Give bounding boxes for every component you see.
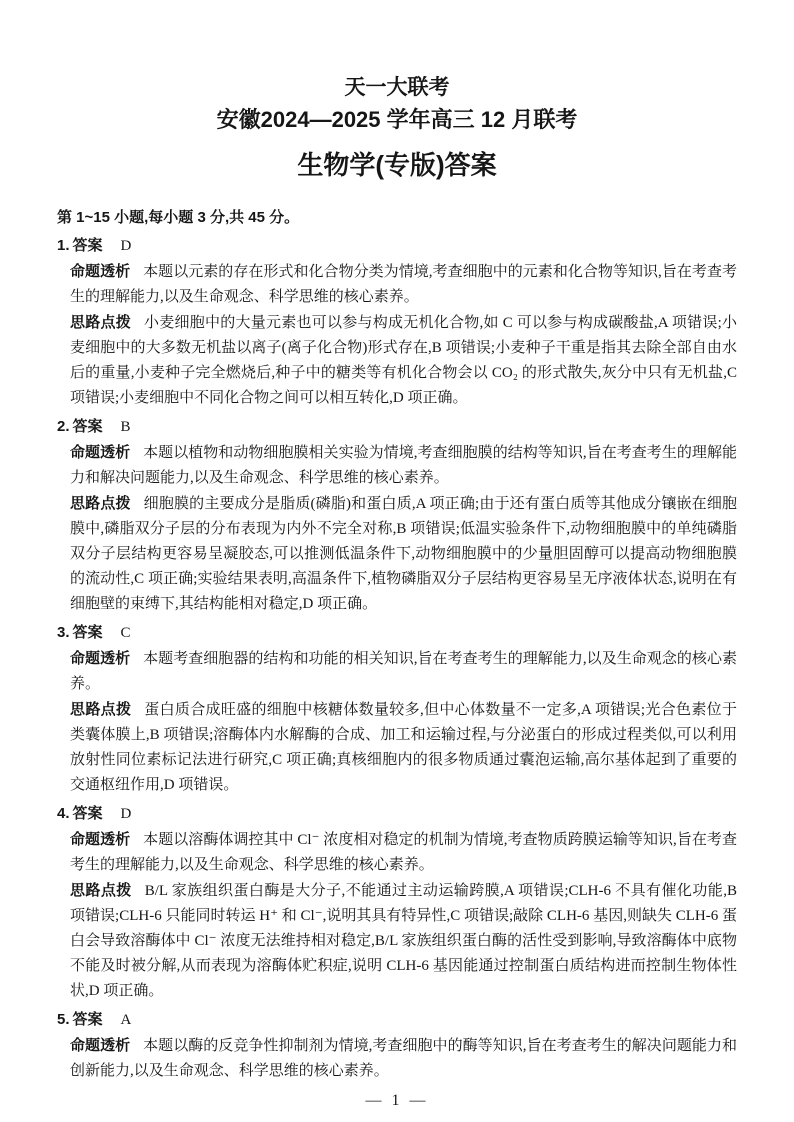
answer-label: 答案 (73, 418, 103, 435)
question-block: 1.答案D 命题透析本题以元素的存在形式和化合物分类为情境,考查细胞中的元素和化… (57, 233, 737, 411)
answer-label: 答案 (73, 624, 103, 641)
answer-label: 答案 (73, 1011, 103, 1028)
tips-text: B/L 家族组织蛋白酶是大分子,不能通过主动运输跨膜,A 项错误;CLH-6 不… (70, 883, 737, 999)
analysis-paragraph: 命题透析本题以植物和动物细胞膜相关实验为情境,考查细胞膜的结构等知识,旨在考查考… (70, 440, 737, 491)
analysis-paragraph: 命题透析本题以酶的反竞争性抑制剂为情境,考查细胞中的酶等知识,旨在考查考生的解决… (70, 1033, 737, 1084)
analysis-text: 本题考查细胞器的结构和功能的相关知识,旨在考查考生的理解能力,以及生命观念的核心… (70, 651, 737, 692)
tips-label: 思路点拨 (70, 701, 131, 718)
tips-text: 细胞膜的主要成分是脂质(磷脂)和蛋白质,A 项正确;由于还有蛋白质等其他成分镶嵌… (70, 496, 737, 612)
question-number: 3. (57, 624, 70, 641)
analysis-paragraph: 命题透析本题以溶酶体调控其中 Cl⁻ 浓度相对稳定的机制为情境,考查物质跨膜运输… (70, 827, 737, 878)
page-title: 天一大联考 (57, 77, 737, 98)
question-block: 4.答案D 命题透析本题以溶酶体调控其中 Cl⁻ 浓度相对稳定的机制为情境,考查… (57, 801, 737, 1004)
answer-line: 4.答案D (57, 801, 737, 827)
tips-label: 思路点拨 (70, 882, 132, 899)
tips-paragraph: 思路点拨B/L 家族组织蛋白酶是大分子,不能通过主动运输跨膜,A 项错误;CLH… (70, 878, 737, 1004)
question-number: 5. (57, 1011, 70, 1028)
question-block: 2.答案B 命题透析本题以植物和动物细胞膜相关实验为情境,考查细胞膜的结构等知识… (57, 414, 737, 617)
answer-label: 答案 (73, 805, 103, 822)
answer-label: 答案 (73, 237, 103, 254)
question-list: 1.答案D 命题透析本题以元素的存在形式和化合物分类为情境,考查细胞中的元素和化… (57, 233, 737, 1084)
intro-text: 第 1~15 小题,每小题 3 分,共 45 分。 (57, 205, 737, 230)
answer-value: D (121, 806, 132, 822)
analysis-label: 命题透析 (70, 444, 130, 461)
analysis-text: 本题以元素的存在形式和化合物分类为情境,考查细胞中的元素和化合物等知识,旨在考查… (70, 264, 737, 305)
answer-value: B (121, 419, 131, 435)
answer-line: 1.答案D (57, 233, 737, 259)
tips-text: 小麦细胞中的大量元素也可以参与构成无机化合物,如 C 可以参与构成碳酸盐,A 项… (70, 315, 737, 406)
tips-paragraph: 思路点拨细胞膜的主要成分是脂质(磷脂)和蛋白质,A 项正确;由于还有蛋白质等其他… (70, 491, 737, 617)
tips-label: 思路点拨 (70, 495, 131, 512)
answer-line: 2.答案B (57, 414, 737, 440)
question-block: 5.答案A 命题透析本题以酶的反竞争性抑制剂为情境,考查细胞中的酶等知识,旨在考… (57, 1007, 737, 1084)
tips-paragraph: 思路点拨小麦细胞中的大量元素也可以参与构成无机化合物,如 C 可以参与构成碳酸盐… (70, 310, 737, 411)
answer-value: C (121, 625, 131, 641)
answer-value: D (121, 238, 132, 254)
answer-line: 3.答案C (57, 620, 737, 646)
paper-title: 生物学(专版)答案 (57, 152, 737, 178)
answer-sheet-page: 天一大联考 安徽2024—2025 学年高三 12 月联考 生物学(专版)答案 … (0, 0, 794, 1122)
analysis-label: 命题透析 (70, 1037, 130, 1054)
answer-value: A (121, 1012, 132, 1028)
exam-session-title: 安徽2024—2025 学年高三 12 月联考 (57, 109, 737, 131)
analysis-text: 本题以溶酶体调控其中 Cl⁻ 浓度相对稳定的机制为情境,考查物质跨膜运输等知识,… (70, 832, 737, 873)
question-number: 4. (57, 805, 70, 822)
analysis-text: 本题以植物和动物细胞膜相关实验为情境,考查细胞膜的结构等知识,旨在考查考生的理解… (70, 445, 737, 486)
tips-text: 蛋白质合成旺盛的细胞中核糖体数量较多,但中心体数量不一定多,A 项错误;光合色素… (70, 702, 737, 793)
question-block: 3.答案C 命题透析本题考查细胞器的结构和功能的相关知识,旨在考查考生的理解能力… (57, 620, 737, 798)
question-number: 2. (57, 418, 70, 435)
analysis-label: 命题透析 (70, 831, 130, 848)
analysis-label: 命题透析 (70, 263, 130, 280)
analysis-paragraph: 命题透析本题考查细胞器的结构和功能的相关知识,旨在考查考生的理解能力,以及生命观… (70, 646, 737, 697)
analysis-text: 本题以酶的反竞争性抑制剂为情境,考查细胞中的酶等知识,旨在考查考生的解决问题能力… (70, 1038, 737, 1079)
analysis-paragraph: 命题透析本题以元素的存在形式和化合物分类为情境,考查细胞中的元素和化合物等知识,… (70, 259, 737, 310)
tips-paragraph: 思路点拨蛋白质合成旺盛的细胞中核糖体数量较多,但中心体数量不一定多,A 项错误;… (70, 697, 737, 798)
analysis-label: 命题透析 (70, 650, 130, 667)
page-number: — 1 — (57, 1093, 737, 1109)
tips-label: 思路点拨 (70, 314, 131, 331)
question-number: 1. (57, 237, 70, 254)
answer-line: 5.答案A (57, 1007, 737, 1033)
